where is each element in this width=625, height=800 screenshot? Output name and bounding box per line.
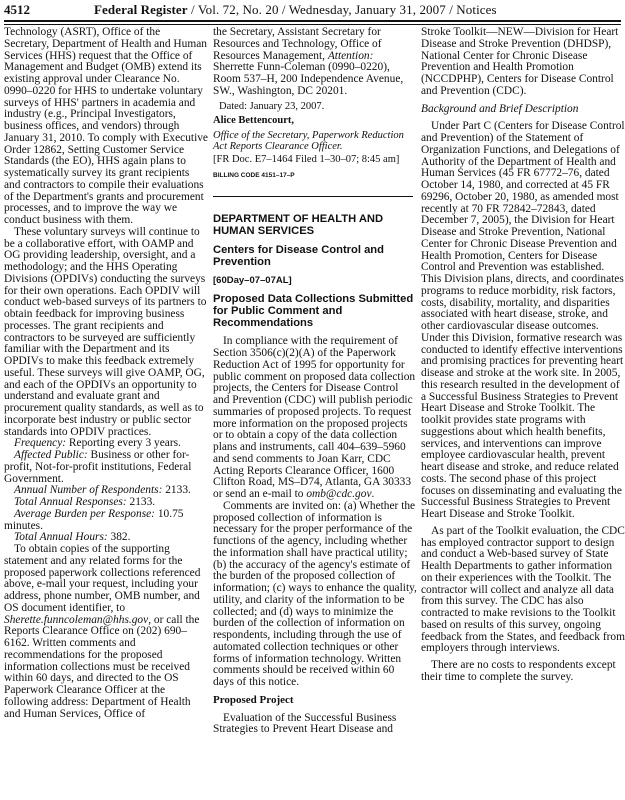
billing-code: BILLING CODE 4151–17–P bbox=[213, 170, 417, 182]
attention-label: Attention: bbox=[328, 50, 374, 62]
burden-field: Average Burden per Response: 10.75 minut… bbox=[4, 509, 208, 533]
column-1: Technology (ASRT), Office of the Secreta… bbox=[4, 27, 208, 720]
proposed-project-heading: Proposed Project bbox=[213, 695, 417, 707]
header-rule-thick bbox=[4, 20, 621, 22]
docket-number: [60Day–07–07AL] bbox=[213, 275, 417, 287]
paragraph: Stroke Toolkit—NEW—Division for Heart Di… bbox=[421, 27, 625, 98]
paragraph: Comments are invited on: (a) Whether the… bbox=[213, 501, 417, 689]
column-2: the Secretary, Assistant Secretary for R… bbox=[213, 27, 417, 736]
paragraph: the Secretary, Assistant Secretary for R… bbox=[213, 27, 417, 98]
subject-heading: Proposed Data Collections Submitted for … bbox=[213, 293, 417, 329]
field-label: Total Annual Hours: bbox=[14, 531, 108, 543]
field-value: 2133. bbox=[162, 484, 190, 496]
field-label: Average Burden per Response: bbox=[14, 508, 155, 520]
paragraph: To obtain copies of the supporting state… bbox=[4, 544, 208, 720]
paragraph: Evaluation of the Successful Business St… bbox=[213, 713, 417, 737]
subagency-heading: Centers for Disease Control and Preventi… bbox=[213, 244, 417, 268]
field-label: Affected Public: bbox=[14, 449, 88, 461]
email-link[interactable]: Sherette.funncoleman@hhs.gov bbox=[4, 614, 148, 626]
dated-line: Dated: January 23, 2007. bbox=[213, 101, 417, 113]
section-divider bbox=[213, 196, 413, 197]
field-label: Total Annual Responses: bbox=[14, 496, 127, 508]
publication-name: Federal Register bbox=[94, 2, 188, 17]
column-3: Stroke Toolkit—NEW—Division for Heart Di… bbox=[421, 27, 625, 684]
page-header: 4512 Federal Register / Vol. 72, No. 20 … bbox=[4, 2, 621, 20]
agency-heading: DEPARTMENT OF HEALTH AND HUMAN SERVICES bbox=[213, 213, 417, 237]
page-number: 4512 bbox=[4, 2, 30, 18]
paragraph: As part of the Toolkit evaluation, the C… bbox=[421, 526, 625, 655]
field-value: 382. bbox=[108, 531, 131, 543]
running-head: Federal Register / Vol. 72, No. 20 / Wed… bbox=[94, 2, 497, 18]
paragraph: Under Part C (Centers for Disease Contro… bbox=[421, 121, 625, 521]
paragraph: In compliance with the requirement of Se… bbox=[213, 336, 417, 501]
background-heading: Background and Brief Description bbox=[421, 104, 625, 116]
fr-doc-line: [FR Doc. E7–1464 Filed 1–30–07; 8:45 am] bbox=[213, 154, 417, 166]
field-value: 2133. bbox=[127, 496, 155, 508]
paragraph: There are no costs to respondents except… bbox=[421, 660, 625, 684]
email-link[interactable]: omb@cdc.gov bbox=[306, 488, 371, 500]
signer-office: Office of the Secretary, Paperwork Reduc… bbox=[213, 130, 417, 152]
affected-public-field: Affected Public: Business or other for-p… bbox=[4, 450, 208, 485]
field-value: Reporting every 3 years. bbox=[66, 437, 181, 449]
paragraph: These voluntary surveys will continue to… bbox=[4, 227, 208, 439]
signer-name: Alice Bettencourt, bbox=[213, 115, 417, 127]
header-rule-thin bbox=[4, 24, 621, 25]
field-label: Annual Number of Respondents: bbox=[14, 484, 162, 496]
field-label: Frequency: bbox=[14, 437, 66, 449]
issue-info: / Vol. 72, No. 20 / Wednesday, January 3… bbox=[188, 2, 497, 17]
paragraph: Technology (ASRT), Office of the Secreta… bbox=[4, 27, 208, 227]
